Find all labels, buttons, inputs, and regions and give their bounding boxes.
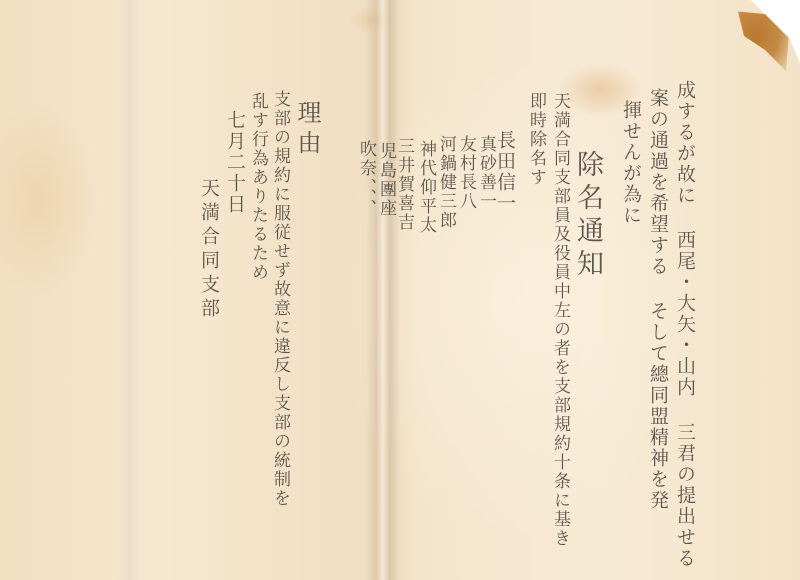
paper-fold-center: [366, 0, 400, 580]
signature-branch: 天満合同支部: [196, 178, 223, 322]
expelled-name-8: 吹奈、、、: [354, 140, 379, 218]
reason-heading: 理由: [290, 100, 325, 160]
document-page: 成するが故に 西尾・大矢・山内 三君の提出せる 案の通過を希望する そして總同盟…: [0, 0, 800, 580]
preface-line-2: 案の通過を希望する そして總同盟精神を発: [645, 88, 672, 511]
expelled-name-5: 神代仰平太: [414, 140, 439, 235]
preface-line-3: 揮せんが為に: [618, 100, 645, 226]
body-line-1: 天満合同支部員及役員中左の者を支部規約十条に基き: [548, 92, 573, 548]
reason-line-2: 乱す行為ありたるため: [246, 92, 271, 282]
preface-line-1: 成するが故に 西尾・大矢・山内 三君の提出せる: [672, 80, 699, 569]
paper-crease-left: [118, 0, 138, 580]
reason-line-1: 支部の規約に服従せず故意に違反し支部の統制を: [268, 90, 293, 508]
body-line-2: 即時除名す: [524, 92, 549, 187]
notice-date: 七月二十日: [222, 110, 249, 215]
notice-title: 除名通知: [568, 150, 607, 282]
